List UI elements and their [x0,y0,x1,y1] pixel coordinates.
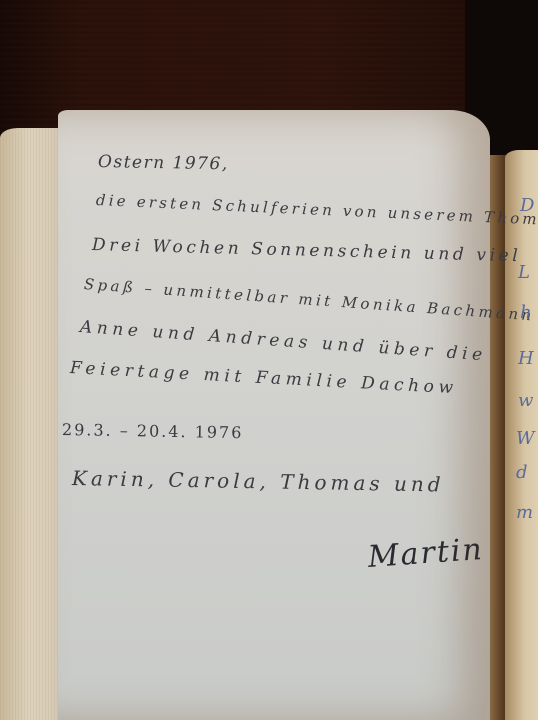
facing-page-text: W [516,428,535,449]
facing-page-text: w [518,390,533,411]
facing-page-text: m [516,502,533,523]
facing-page-text: L [518,262,530,283]
facing-page-text: h [520,302,532,323]
facing-page-text: D [520,195,534,216]
entry-dates: 29.3. – 20.4. 1976 [62,420,244,442]
facing-page-text: d [516,462,528,483]
entry-heading: Ostern 1976, [98,152,229,174]
facing-page-text: H [518,348,534,369]
